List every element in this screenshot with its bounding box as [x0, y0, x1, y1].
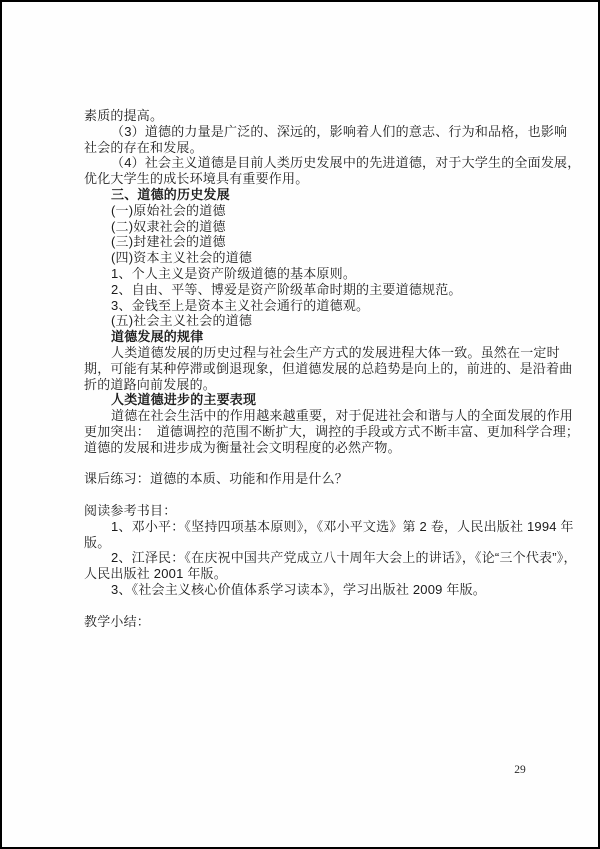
- text-line: (二)奴隶社会的道德: [84, 219, 530, 235]
- text-line: （4）社会主义道德是目前人类历史发展中的先进道德，对于大学生的全面发展，: [84, 155, 530, 171]
- text-line: 期，可能有某种停滞或倒退现象，但道德发展的总趋势是向上的，前进的、是沿着曲: [84, 361, 530, 377]
- section-heading: 三、道德的历史发展: [84, 187, 530, 203]
- text-line: 2、江泽民：《在庆祝中国共产党成立八十周年大会上的讲话》，《论“三个代表”》，: [84, 550, 530, 566]
- text-line: 社会的存在和发展。: [84, 140, 530, 156]
- text-line: 3、金钱至上是资本主义社会通行的道德观。: [84, 298, 530, 314]
- text-line: 1、邓小平：《坚持四项基本原则》，《邓小平文选》第 2 卷，人民出版社 1994…: [84, 519, 530, 535]
- text-line: （3）道德的力量是广泛的、深远的，影响着人们的意志、行为和品格，也影响: [84, 124, 530, 140]
- text-line: (一)原始社会的道德: [84, 203, 530, 219]
- text-line: 版。: [84, 535, 530, 551]
- blank-line: [84, 487, 530, 503]
- text-line: 阅读参考书目：: [84, 503, 530, 519]
- text-line: 教学小结：: [84, 614, 530, 630]
- text-line: 人类道德发展的历史过程与社会生产方式的发展进程大体一致。虽然在一定时: [84, 345, 530, 361]
- blank-line: [84, 456, 530, 472]
- text-line: 道德的发展和进步成为衡量社会文明程度的必然产物。: [84, 440, 530, 456]
- text-line: 道德在社会生活中的作用越来越重要，对于促进社会和谐与人的全面发展的作用: [84, 408, 530, 424]
- blank-line: [84, 598, 530, 614]
- section-heading: 人类道德进步的主要表现: [84, 392, 530, 408]
- document-body: 素质的提高。（3）道德的力量是广泛的、深远的，影响着人们的意志、行为和品格，也影…: [84, 108, 530, 629]
- text-line: (四)资本主义社会的道德: [84, 250, 530, 266]
- text-line: 更加突出： 道德调控的范围不断扩大，调控的手段或方式不断丰富、更加科学合理；: [84, 424, 530, 440]
- text-line: 课后练习：道德的本质、功能和作用是什么？: [84, 471, 530, 487]
- scanned-document-page: 素质的提高。（3）道德的力量是广泛的、深远的，影响着人们的意志、行为和品格，也影…: [0, 0, 600, 849]
- text-line: 人民出版社 2001 年版。: [84, 566, 530, 582]
- text-line: 3、《社会主义核心价值体系学习读本》，学习出版社 2009 年版。: [84, 582, 530, 598]
- text-line: 1、个人主义是资产阶级道德的基本原则。: [84, 266, 530, 282]
- page-number: 29: [506, 764, 534, 776]
- text-line: 2、自由、平等、博爱是资产阶级革命时期的主要道德规范。: [84, 282, 530, 298]
- text-line: 优化大学生的成长环境具有重要作用。: [84, 171, 530, 187]
- text-line: 折的道路向前发展的。: [84, 377, 530, 393]
- text-line: (五)社会主义社会的道德: [84, 313, 530, 329]
- text-line: 素质的提高。: [84, 108, 530, 124]
- section-heading: 道德发展的规律: [84, 329, 530, 345]
- text-line: (三)封建社会的道德: [84, 234, 530, 250]
